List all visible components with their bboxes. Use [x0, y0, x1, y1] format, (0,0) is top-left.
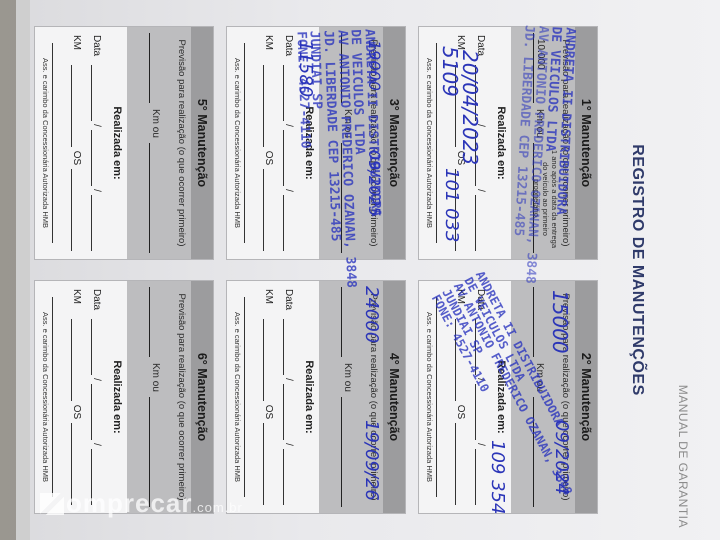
- os-field[interactable]: [263, 423, 276, 505]
- done-section: Realizada em:Data//KMOSAss. e carimbo da…: [37, 281, 127, 513]
- date-day-field[interactable]: [283, 65, 296, 121]
- date-year-field[interactable]: [283, 449, 296, 505]
- forecast-alt-blank[interactable]: [341, 143, 342, 253]
- date-month-field[interactable]: [91, 130, 104, 186]
- km-or-label: Km ou: [342, 109, 353, 138]
- date-separator: /: [475, 186, 486, 195]
- forecast-label: Previsão para realização (o que ocorrer …: [368, 287, 379, 507]
- km-label: KM: [71, 35, 82, 65]
- date-separator: /: [475, 121, 486, 130]
- km-label: KM: [455, 289, 466, 319]
- signature-line[interactable]: [244, 297, 245, 497]
- date-month-field[interactable]: [475, 130, 488, 186]
- done-title: Realizada em:: [495, 289, 507, 505]
- km-or-label: Km ou: [150, 363, 161, 392]
- date-day-field[interactable]: [91, 65, 104, 121]
- date-label: Data: [283, 289, 294, 319]
- km-field[interactable]: [455, 319, 468, 401]
- date-year-field[interactable]: [283, 195, 296, 251]
- forecast-section: Previsão para realização (o que ocorrer …: [511, 281, 575, 513]
- signature-line[interactable]: [436, 43, 437, 243]
- km-label: KM: [455, 35, 466, 65]
- forecast-km-row: 10.000Km ou1 ano após a data da entrega …: [531, 33, 551, 253]
- os-label: OS: [455, 147, 466, 169]
- forecast-alt-text: 1 ano após a data da entrega do veículo …: [532, 145, 559, 253]
- forecast-km-blank[interactable]: [149, 33, 150, 103]
- date-separator: /: [283, 375, 294, 384]
- forecast-section: Previsão para realização (o que ocorrer …: [319, 27, 383, 259]
- date-label: Data: [283, 35, 294, 65]
- date-row: Data//: [283, 35, 299, 251]
- date-separator: /: [91, 375, 102, 384]
- forecast-section: Previsão para realização (o que ocorrer …: [511, 27, 575, 259]
- km-os-row: KMOS: [455, 289, 471, 505]
- forecast-km-value: 10.000: [535, 39, 546, 70]
- maintenance-title: 5° Manutenção: [191, 27, 213, 259]
- km-or-label: Km ou: [150, 109, 161, 138]
- km-field[interactable]: [263, 65, 276, 147]
- date-row: Data//: [475, 35, 491, 251]
- date-day-field[interactable]: [91, 319, 104, 375]
- forecast-km-blank[interactable]: [533, 287, 534, 357]
- signature-line[interactable]: [52, 43, 53, 243]
- done-title: Realizada em:: [303, 35, 315, 251]
- os-field[interactable]: [455, 169, 468, 251]
- date-separator: /: [283, 186, 294, 195]
- km-os-row: KMOS: [71, 35, 87, 251]
- done-section: Realizada em:Data//KMOSAss. e carimbo da…: [37, 27, 127, 259]
- forecast-section: Previsão para realização (o que ocorrer …: [319, 281, 383, 513]
- forecast-km-row: Km ou: [147, 287, 167, 507]
- maintenance-card-2: 2° ManutençãoPrevisão para realização (o…: [418, 280, 598, 514]
- forecast-km-blank[interactable]: [533, 33, 534, 103]
- date-year-field[interactable]: [475, 195, 488, 251]
- forecast-label: Previsão para realização (o que ocorrer …: [176, 33, 187, 253]
- date-label: Data: [91, 35, 102, 65]
- os-label: OS: [263, 401, 274, 423]
- page-stack-edge: [16, 0, 30, 540]
- date-month-field[interactable]: [283, 384, 296, 440]
- km-field[interactable]: [455, 65, 468, 147]
- km-os-row: KMOS: [455, 35, 471, 251]
- forecast-km-row: Km ou: [339, 287, 359, 507]
- site-watermark: omprecar.com.br: [40, 488, 243, 519]
- date-day-field[interactable]: [475, 65, 488, 121]
- date-row: Data//: [283, 289, 299, 505]
- watermark-suffix: .com.br: [193, 500, 243, 515]
- date-row: Data//: [475, 289, 491, 505]
- km-label: KM: [71, 289, 82, 319]
- date-separator: /: [91, 186, 102, 195]
- forecast-km-row: Km ou: [339, 33, 359, 253]
- km-or-label: Km ou: [342, 363, 353, 392]
- signature-label: Ass. e carimbo da Concessionária Autoriz…: [233, 289, 242, 505]
- done-section: Realizada em:Data//KMOSAss. e carimbo da…: [421, 281, 511, 513]
- maintenance-card-3: 3° ManutençãoPrevisão para realização (o…: [226, 26, 406, 260]
- maintenance-grid: 1° ManutençãoPrevisão para realização (o…: [34, 26, 598, 514]
- date-row: Data//: [91, 289, 107, 505]
- maintenance-title: 4° Manutenção: [383, 281, 405, 513]
- manual-header: MANUAL DE GARANTIA: [676, 385, 690, 528]
- date-row: Data//: [91, 35, 107, 251]
- forecast-km-blank[interactable]: [341, 287, 342, 357]
- maintenance-card-4: 4° ManutençãoPrevisão para realização (o…: [226, 280, 406, 514]
- maintenance-title: 6° Manutenção: [191, 281, 213, 513]
- date-month-field[interactable]: [283, 130, 296, 186]
- date-separator: /: [475, 375, 486, 384]
- signature-label: Ass. e carimbo da Concessionária Autoriz…: [41, 35, 50, 251]
- watermark-brand: omprecar: [66, 488, 193, 518]
- date-separator: /: [91, 440, 102, 449]
- km-os-row: KMOS: [263, 35, 279, 251]
- done-title: Realizada em:: [303, 289, 315, 505]
- date-separator: /: [283, 121, 294, 130]
- signature-line[interactable]: [52, 297, 53, 497]
- date-separator: /: [475, 440, 486, 449]
- forecast-km-blank[interactable]: [149, 287, 150, 357]
- km-os-row: KMOS: [263, 289, 279, 505]
- forecast-section: Previsão para realização (o que ocorrer …: [127, 27, 191, 259]
- os-field[interactable]: [71, 169, 84, 251]
- forecast-alt-blank[interactable]: [341, 397, 342, 507]
- forecast-label: Previsão para realização (o que ocorrer …: [176, 287, 187, 507]
- done-title: Realizada em:: [495, 35, 507, 251]
- forecast-alt-blank[interactable]: [533, 397, 534, 507]
- maintenance-title: 1° Manutenção: [575, 27, 597, 259]
- km-os-row: KMOS: [71, 289, 87, 505]
- forecast-label: Previsão para realização (o que ocorrer …: [560, 33, 571, 253]
- comprecar-logo-icon: [40, 493, 64, 515]
- km-field[interactable]: [263, 319, 276, 401]
- done-section: Realizada em:Data//KMOSAss. e carimbo da…: [229, 27, 319, 259]
- done-title: Realizada em:: [111, 289, 123, 505]
- os-label: OS: [263, 147, 274, 169]
- forecast-km-row: Km ou: [147, 33, 167, 253]
- maintenance-card-6: 6° ManutençãoPrevisão para realização (o…: [34, 280, 214, 514]
- date-day-field[interactable]: [283, 319, 296, 375]
- date-month-field[interactable]: [91, 384, 104, 440]
- os-field[interactable]: [263, 169, 276, 251]
- maintenance-title: 2° Manutenção: [575, 281, 597, 513]
- forecast-km-blank[interactable]: [341, 33, 342, 103]
- km-label: KM: [263, 289, 274, 319]
- date-separator: /: [283, 440, 294, 449]
- km-or-label: Km ou: [534, 109, 545, 138]
- km-field[interactable]: [71, 65, 84, 147]
- date-month-field[interactable]: [475, 384, 488, 440]
- os-label: OS: [455, 401, 466, 423]
- maintenance-card-1: 1° ManutençãoPrevisão para realização (o…: [418, 26, 598, 260]
- km-label: KM: [263, 35, 274, 65]
- forecast-label: Previsão para realização (o que ocorrer …: [368, 33, 379, 253]
- signature-label: Ass. e carimbo da Concessionária Autoriz…: [233, 35, 242, 251]
- date-year-field[interactable]: [475, 449, 488, 505]
- maintenance-title: 3° Manutenção: [383, 27, 405, 259]
- os-field[interactable]: [455, 423, 468, 505]
- page-title: REGISTRO DE MANUTENÇÕES: [628, 0, 646, 540]
- date-year-field[interactable]: [91, 195, 104, 251]
- forecast-section: Previsão para realização (o que ocorrer …: [127, 281, 191, 513]
- done-title: Realizada em:: [111, 35, 123, 251]
- forecast-alt-blank[interactable]: [149, 143, 150, 253]
- date-label: Data: [475, 289, 486, 319]
- date-day-field[interactable]: [475, 319, 488, 375]
- signature-label: Ass. e carimbo da Concessionária Autoriz…: [425, 289, 434, 505]
- km-field[interactable]: [71, 319, 84, 401]
- done-section: Realizada em:Data//KMOSAss. e carimbo da…: [229, 281, 319, 513]
- os-label: OS: [71, 401, 82, 423]
- warranty-manual-page: MANUAL DE GARANTIA REGISTRO DE MANUTENÇÕ…: [30, 0, 720, 540]
- forecast-km-row: Km ou: [531, 287, 551, 507]
- km-or-label: Km ou: [534, 363, 545, 392]
- date-separator: /: [91, 121, 102, 130]
- os-label: OS: [71, 147, 82, 169]
- maintenance-card-5: 5° ManutençãoPrevisão para realização (o…: [34, 26, 214, 260]
- signature-label: Ass. e carimbo da Concessionária Autoriz…: [41, 289, 50, 505]
- done-section: Realizada em:Data//KMOSAss. e carimbo da…: [421, 27, 511, 259]
- date-label: Data: [91, 289, 102, 319]
- signature-line[interactable]: [244, 43, 245, 243]
- forecast-label: Previsão para realização (o que ocorrer …: [560, 287, 571, 507]
- date-label: Data: [475, 35, 486, 65]
- signature-line[interactable]: [436, 297, 437, 497]
- signature-label: Ass. e carimbo da Concessionária Autoriz…: [425, 35, 434, 251]
